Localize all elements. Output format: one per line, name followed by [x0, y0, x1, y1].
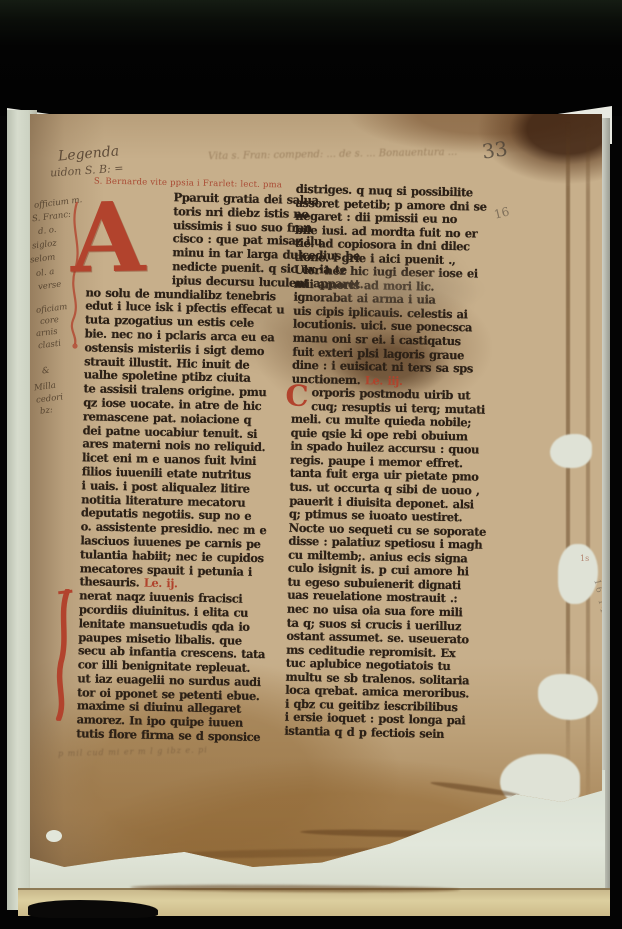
fore-edge-fold-line [586, 122, 590, 822]
edge-red-mark: 1s [580, 554, 589, 563]
parchment-hole [46, 830, 62, 842]
left-column: Pparuit gratia dei saluatoris nri diebz … [76, 188, 298, 744]
photo-background-top [0, 0, 622, 116]
edge-loss-patch [558, 544, 598, 604]
edge-loss-patch [550, 434, 592, 468]
photograph: Legenda uidon S. B: = Vita s. Fran: comp… [0, 0, 622, 929]
cover-shadow-notch [28, 900, 158, 918]
manuscript-page: Legenda uidon S. B: = Vita s. Fran: comp… [30, 114, 602, 870]
illuminated-initial-I [53, 589, 74, 721]
header-cursive-note: Vita s. Fran: compend: ... de s. ... Bon… [208, 145, 578, 162]
folio-number: 33 [480, 136, 509, 163]
ink-smudge-stain [298, 260, 488, 320]
